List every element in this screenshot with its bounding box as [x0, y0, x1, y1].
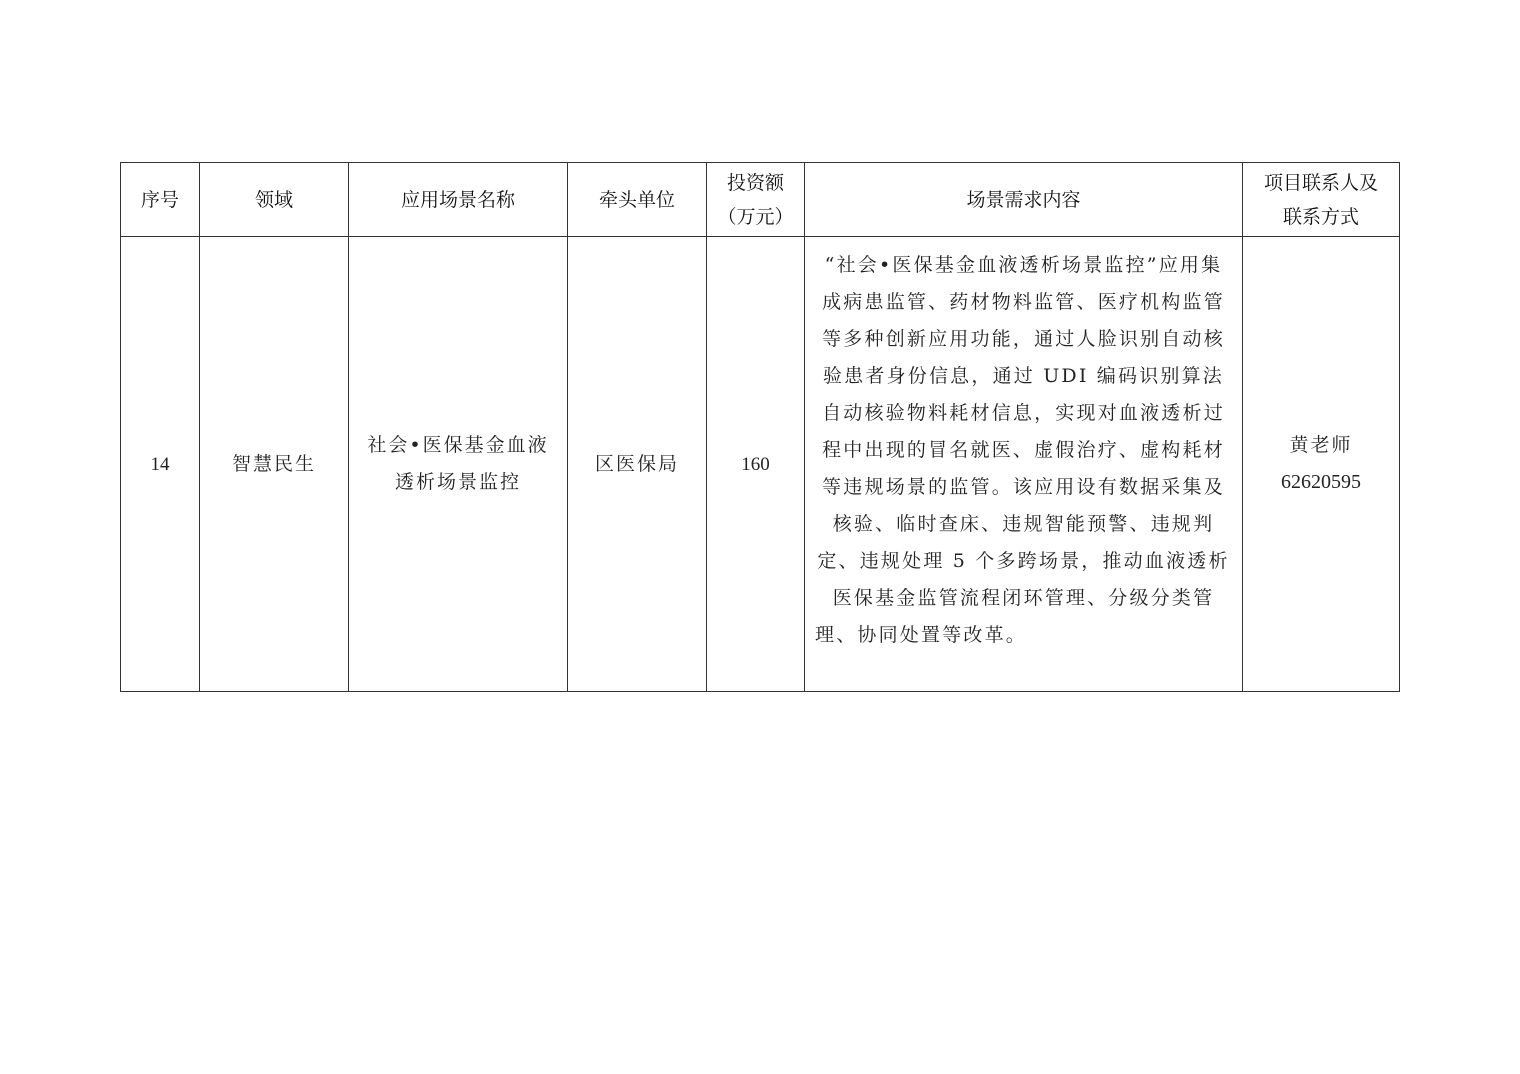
- header-contact-line1: 项目联系人及: [1243, 166, 1399, 200]
- cell-lead-unit: 区医保局: [568, 237, 707, 692]
- header-scene-name: 应用场景名称: [349, 163, 568, 237]
- cell-contact-name: 黄老师: [1243, 427, 1399, 464]
- cell-demand-text: “社会•医保基金血液透析场景监控”应用集成病患监管、药材物料监管、医疗机构监管等…: [815, 243, 1232, 654]
- header-investment-line1: 投资额: [707, 166, 804, 200]
- header-index: 序号: [121, 163, 200, 237]
- header-contact: 项目联系人及 联系方式: [1243, 163, 1400, 237]
- header-contact-line2: 联系方式: [1243, 200, 1399, 234]
- scenario-table: 序号 领域 应用场景名称 牵头单位 投资额 （万元） 场景需求内容 项目联系人及…: [120, 162, 1400, 692]
- header-investment-line2: （万元）: [707, 200, 804, 234]
- cell-scene-name: 社会•医保基金血液 透析场景监控: [349, 237, 568, 692]
- table-row: 14 智慧民生 社会•医保基金血液 透析场景监控 区医保局 160 “社会•医保…: [121, 237, 1400, 692]
- cell-domain: 智慧民生: [200, 237, 349, 692]
- header-demand: 场景需求内容: [805, 163, 1243, 237]
- cell-scene-name-line2: 透析场景监控: [349, 464, 567, 501]
- header-investment: 投资额 （万元）: [707, 163, 805, 237]
- cell-investment: 160: [707, 237, 805, 692]
- header-lead-unit: 牵头单位: [568, 163, 707, 237]
- table-header-row: 序号 领域 应用场景名称 牵头单位 投资额 （万元） 场景需求内容 项目联系人及…: [121, 163, 1400, 237]
- header-domain: 领域: [200, 163, 349, 237]
- cell-index: 14: [121, 237, 200, 692]
- cell-scene-name-line1: 社会•医保基金血液: [349, 427, 567, 464]
- cell-contact: 黄老师 62620595: [1243, 237, 1400, 692]
- cell-contact-phone: 62620595: [1243, 464, 1399, 501]
- cell-demand: “社会•医保基金血液透析场景监控”应用集成病患监管、药材物料监管、医疗机构监管等…: [805, 237, 1243, 692]
